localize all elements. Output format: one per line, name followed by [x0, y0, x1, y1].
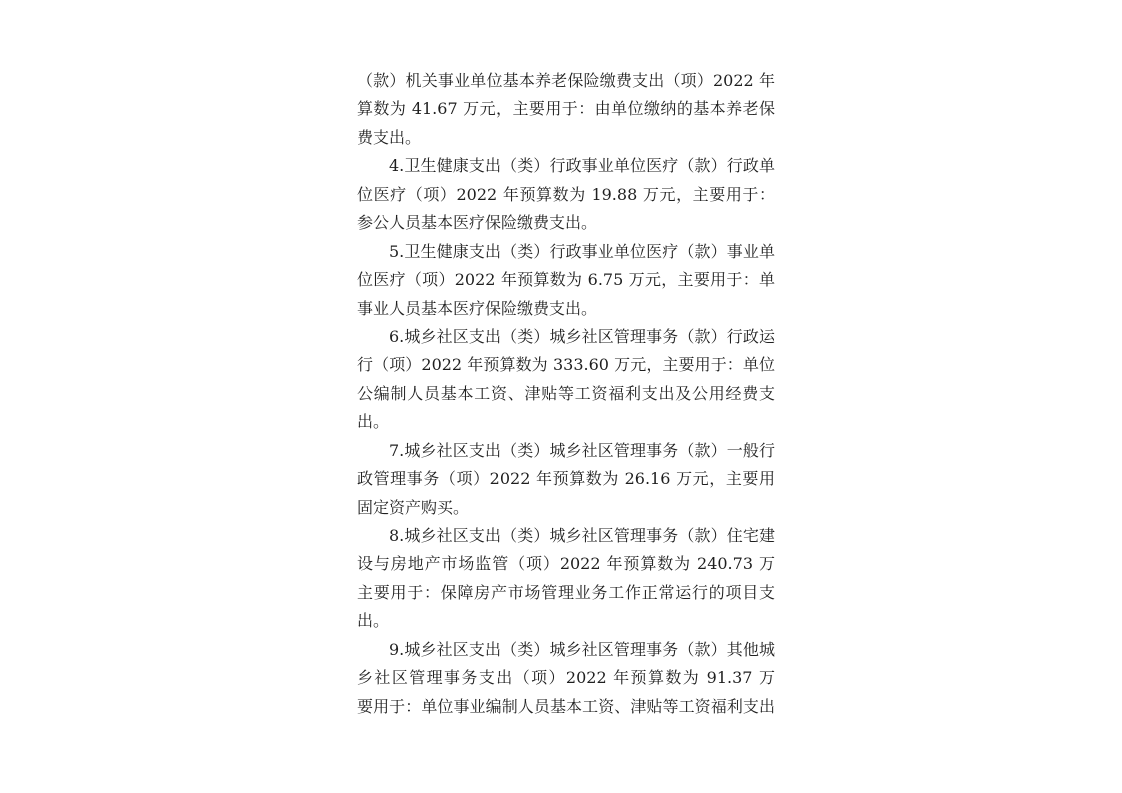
text-line: 6.城乡社区支出（类）城乡社区管理事务（款）行政运: [357, 323, 775, 351]
text-line: 4.卫生健康支出（类）行政事业单位医疗（款）行政单: [357, 152, 775, 180]
text-line: 参公人员基本医疗保险缴费支出。: [357, 209, 775, 237]
document-page: （款）机关事业单位基本养老保险缴费支出（项）2022 年预算数为 41.67 万…: [0, 0, 1122, 793]
text-line: 要用于：单位事业编制人员基本工资、津贴等工资福利支出: [357, 693, 775, 721]
text-line: 政管理事务（项）2022 年预算数为 26.16 万元，主要用于：: [357, 465, 775, 493]
text-line: 主要用于：保障房产市场管理业务工作正常运行的项目支: [357, 579, 775, 607]
text-line: 8.城乡社区支出（类）城乡社区管理事务（款）住宅建: [357, 522, 775, 550]
text-line: 费支出。: [357, 124, 775, 152]
text-line: 算数为 41.67 万元，主要用于：由单位缴纳的基本养老保险: [357, 95, 775, 123]
text-line: 出。: [357, 408, 775, 436]
text-line: 7.城乡社区支出（类）城乡社区管理事务（款）一般行: [357, 437, 775, 465]
text-line: 设与房地产市场监管（项）2022 年预算数为 240.73 万元，: [357, 550, 775, 578]
text-line: 固定资产购买。: [357, 494, 775, 522]
document-text-column: （款）机关事业单位基本养老保险缴费支出（项）2022 年预算数为 41.67 万…: [357, 67, 775, 721]
text-line: 乡社区管理事务支出（项）2022 年预算数为 91.37 万元，主: [357, 664, 775, 692]
text-line: 5.卫生健康支出（类）行政事业单位医疗（款）事业单: [357, 238, 775, 266]
text-line: 行（项）2022 年预算数为 333.60 万元，主要用于：单位参: [357, 351, 775, 379]
text-line: 9.城乡社区支出（类）城乡社区管理事务（款）其他城: [357, 636, 775, 664]
text-line: 公编制人员基本工资、津贴等工资福利支出及公用经费支: [357, 380, 775, 408]
text-line: 位医疗（项）2022 年预算数为 6.75 万元，主要用于：单位: [357, 266, 775, 294]
text-line: 位医疗（项）2022 年预算数为 19.88 万元，主要用于：单位: [357, 181, 775, 209]
text-line: 事业人员基本医疗保险缴费支出。: [357, 295, 775, 323]
text-line: （款）机关事业单位基本养老保险缴费支出（项）2022 年预: [357, 67, 775, 95]
text-line: 出。: [357, 607, 775, 635]
